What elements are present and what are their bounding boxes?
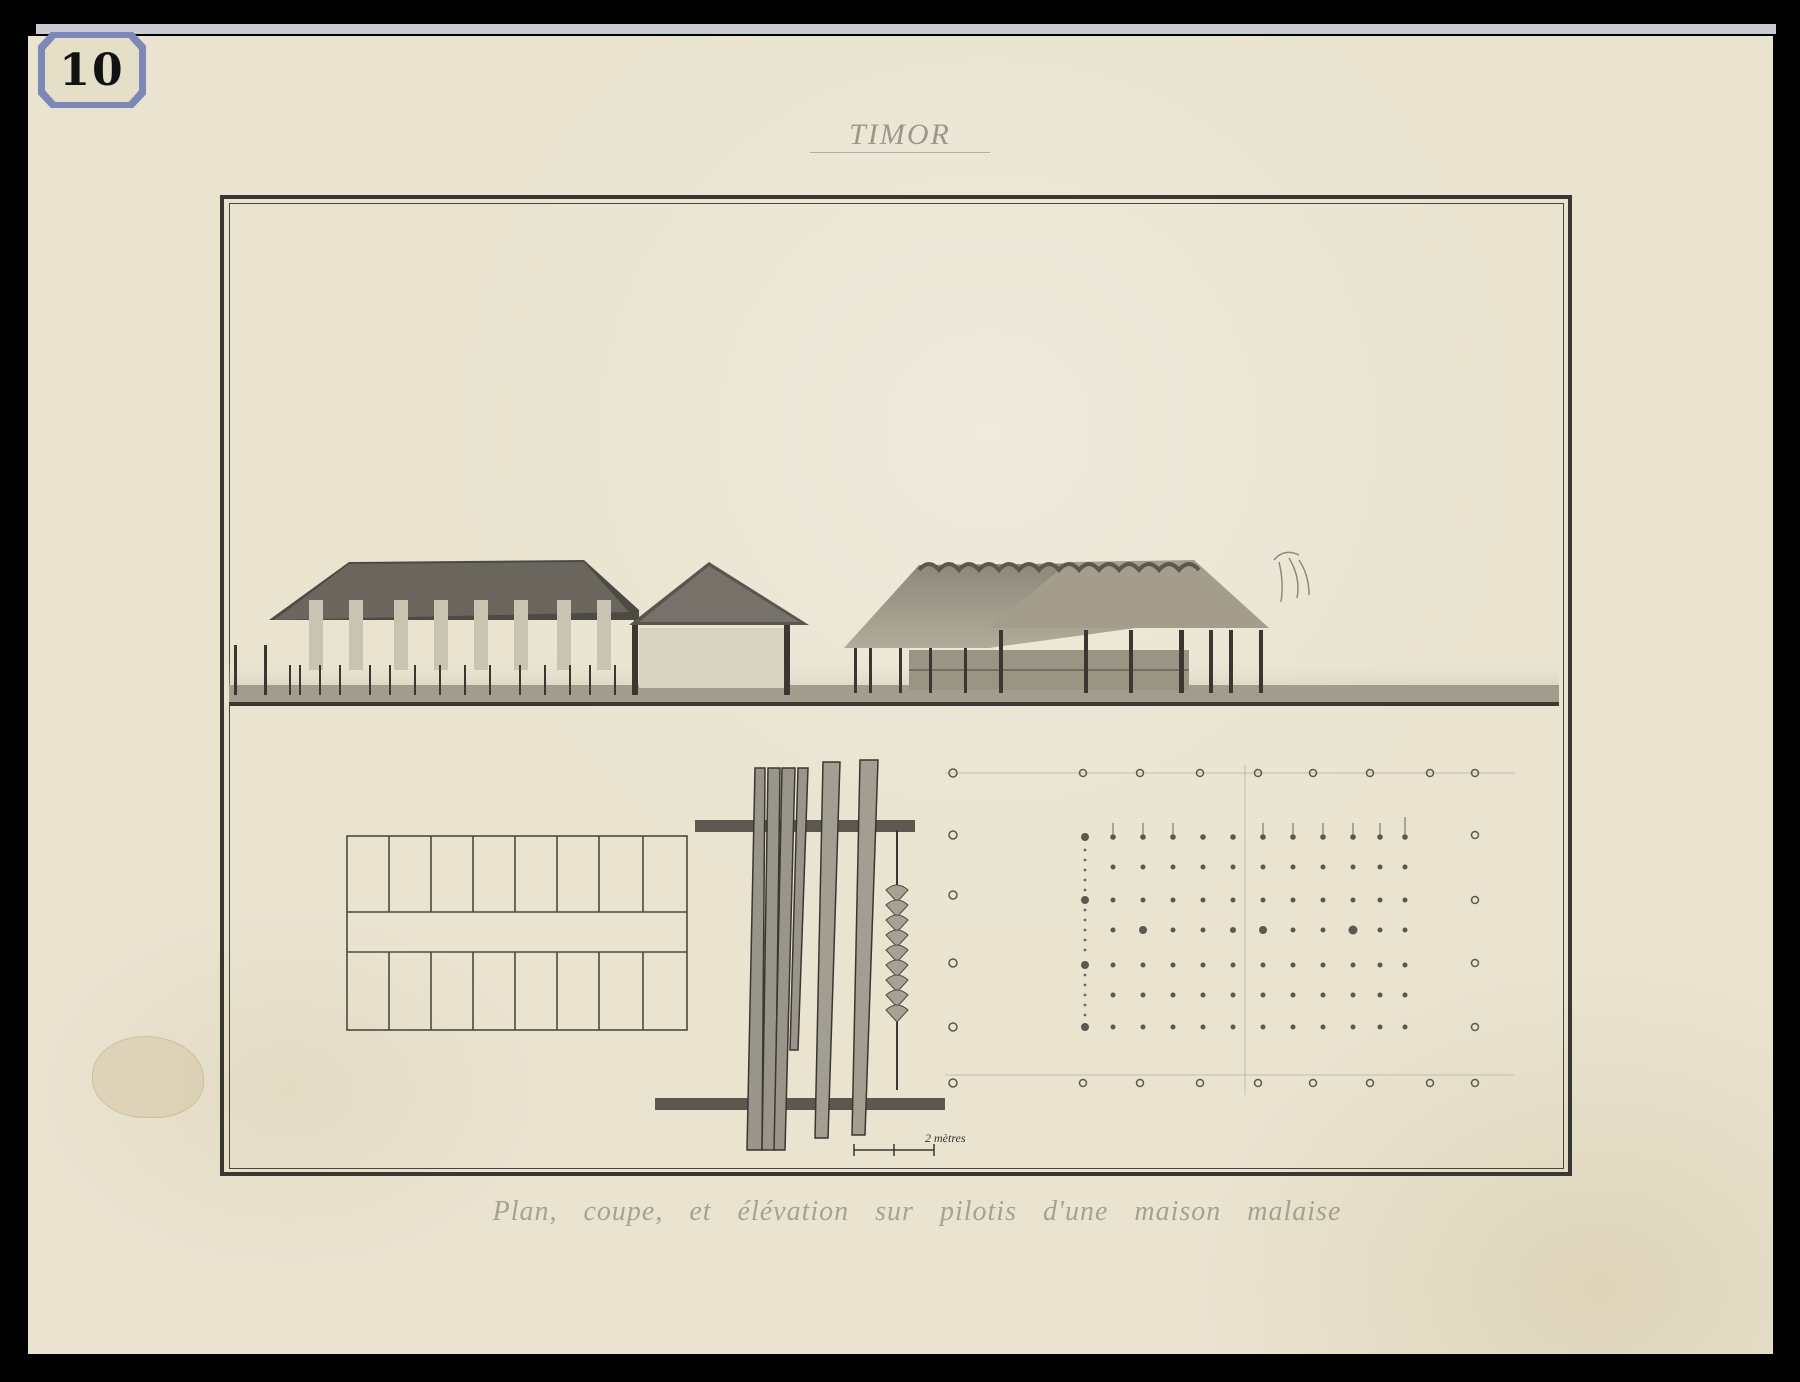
pavilion xyxy=(629,562,809,695)
floor-plan xyxy=(345,834,689,1032)
inner-posts xyxy=(1081,833,1408,1031)
thatch-ornament xyxy=(886,830,908,1090)
small-stakes-column xyxy=(1084,849,1087,1017)
water-stain xyxy=(92,1036,204,1118)
plate-number-label: 10 xyxy=(38,32,146,108)
post-layout-plan xyxy=(945,765,1515,1095)
ground-line xyxy=(229,702,1559,706)
single-posts xyxy=(815,760,878,1138)
sheet-caption: Plan, coupe, et élévation sur pilotis d'… xyxy=(412,1196,1422,1228)
outer-posts xyxy=(949,769,1479,1087)
post-ticks xyxy=(1113,817,1405,835)
bundled-posts xyxy=(747,768,808,1150)
sheet-title: TIMOR xyxy=(810,118,990,153)
palm-tree xyxy=(1274,552,1309,602)
scale-label: 2 mètres xyxy=(925,1131,966,1146)
paper-top-edge xyxy=(36,24,1776,34)
plate-number: 10 xyxy=(59,45,124,96)
elevation-drawing xyxy=(229,540,1559,706)
construction-details xyxy=(650,750,950,1160)
